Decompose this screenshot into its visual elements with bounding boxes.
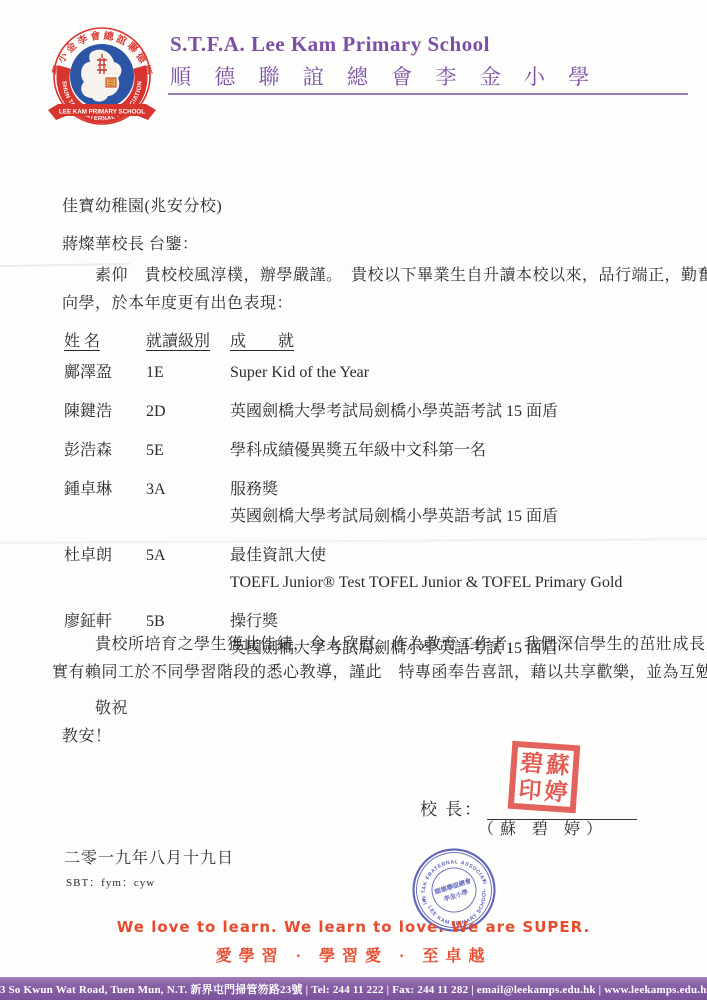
salutation-line: 蔣燦華校長 台鑒： bbox=[62, 231, 199, 254]
school-motto-chinese: 愛學習 · 學習愛 · 至卓越 bbox=[0, 943, 707, 966]
table-row: 鍾卓琳 3A 服務獎英國劍橋大學考試局劍橋小學英語考試 15 面盾 bbox=[64, 476, 664, 530]
student-achievements: 服務獎英國劍橋大學考試局劍橋小學英語考試 15 面盾 bbox=[230, 476, 664, 530]
achievement-line: TOEFL Junior® Test TOFEL Junior & TOFEL … bbox=[230, 569, 664, 596]
student-achievements: Super Kid of the Year bbox=[230, 359, 664, 386]
achievement-table-body: 鄺澤盈 1E Super Kid of the Year 陳鍵浩 2D 英國劍橋… bbox=[64, 359, 664, 662]
closing-paragraph-line2: 實有賴同工於不同學習階段的悉心教導，謹此 特專函奉告喜訊，藉以共享歡樂，並為互勉… bbox=[52, 659, 707, 682]
achievement-line: 英國劍橋大學考試局劍橋小學英語考試 15 面盾 bbox=[230, 398, 664, 425]
achievement-line: 英國劍橋大學考試局劍橋小學英語考試 15 面盾 bbox=[230, 503, 664, 530]
seal-character: 碧 bbox=[518, 749, 546, 778]
student-name: 陳鍵浩 bbox=[64, 398, 146, 425]
student-name: 鍾卓琳 bbox=[64, 476, 146, 503]
achievement-line: Super Kid of the Year bbox=[230, 359, 664, 386]
school-crest-logo: 學 小 金 李 會 總 誼 聯 德 順 SHUN TAK FRATERNAL A… bbox=[42, 24, 162, 142]
achievement-line: 最佳資訊大使 bbox=[230, 542, 664, 569]
school-crest-icon: 學 小 金 李 會 總 誼 聯 德 順 SHUN TAK FRATERNAL A… bbox=[42, 24, 162, 142]
student-name: 杜卓朗 bbox=[64, 542, 146, 569]
intro-paragraph-line1: 素仰 貴校校風淳樸，辦學嚴謹。 貴校以下畢業生自升讀本校以來，品行端正，勤奮 bbox=[95, 262, 707, 285]
reference-initials: SBT：fym：cyw bbox=[66, 874, 155, 890]
student-achievements: 英國劍橋大學考試局劍橋小學英語考試 15 面盾 bbox=[230, 398, 664, 425]
student-class: 1E bbox=[146, 359, 230, 386]
student-class: 5A bbox=[146, 542, 230, 569]
achievement-table-header: 姓 名 就讀級別 成 就 bbox=[64, 328, 664, 351]
letter-date: 二零一九年八月十九日 bbox=[64, 845, 234, 868]
student-class: 5E bbox=[146, 437, 230, 464]
column-header-class: 就讀級別 bbox=[146, 328, 230, 351]
header-divider-rule bbox=[168, 93, 688, 95]
seal-character: 蘇 bbox=[544, 751, 572, 780]
student-class: 3A bbox=[146, 476, 230, 503]
closing-wish-line1: 敬祝 bbox=[95, 695, 128, 718]
table-row: 彭浩森 5E 學科成績優異獎五年級中文科第一名 bbox=[64, 437, 664, 464]
table-row: 陳鍵浩 2D 英國劍橋大學考試局劍橋小學英語考試 15 面盾 bbox=[64, 398, 664, 425]
achievement-table: 姓 名 就讀級別 成 就 鄺澤盈 1E Super Kid of the Yea… bbox=[64, 328, 664, 674]
footer-contact-text: 23 So Kwun Wat Road, Tuen Mun, N.T. 新界屯門… bbox=[0, 981, 707, 997]
table-row: 鄺澤盈 1E Super Kid of the Year bbox=[64, 359, 664, 386]
school-name-chinese: 順 德 聯 誼 總 會 李 金 小 學 bbox=[170, 61, 690, 91]
student-class: 2D bbox=[146, 398, 230, 425]
closing-wish-line2: 教安！ bbox=[62, 723, 112, 746]
principal-label: 校 長： bbox=[420, 795, 483, 820]
achievement-line: 學科成績優異獎五年級中文科第一名 bbox=[230, 437, 664, 464]
letterhead-titles: S.T.F.A. Lee Kam Primary School 順 德 聯 誼 … bbox=[170, 32, 690, 91]
principal-name: （蘇 碧 婷） bbox=[478, 816, 608, 839]
student-achievements: 最佳資訊大使TOEFL Junior® Test TOFEL Junior & … bbox=[230, 542, 664, 596]
closing-paragraph-line1: 貴校所培育之學生獲此佳績，令人欣慰。作為教育工作者，我們深信學生的茁壯成長， bbox=[95, 631, 707, 654]
logo-ribbon-text: LEE KAM PRIMARY SCHOOL bbox=[59, 109, 145, 116]
school-motto-english: We love to learn. We learn to love. We a… bbox=[0, 918, 707, 936]
recipient-organisation: 佳寶幼稚園(兆安分校) bbox=[62, 193, 222, 216]
column-header-name: 姓 名 bbox=[64, 328, 146, 351]
student-name: 彭浩森 bbox=[64, 437, 146, 464]
student-achievements: 學科成績優異獎五年級中文科第一名 bbox=[230, 437, 664, 464]
student-name: 鄺澤盈 bbox=[64, 359, 146, 386]
school-name-english: S.T.F.A. Lee Kam Primary School bbox=[170, 32, 690, 57]
achievement-line: 服務獎 bbox=[230, 476, 664, 503]
intro-paragraph-line2: 向學，於本年度更有出色表現： bbox=[62, 290, 293, 313]
table-row: 杜卓朗 5A 最佳資訊大使TOEFL Junior® Test TOFEL Ju… bbox=[64, 542, 664, 596]
footer-contact-bar: 23 So Kwun Wat Road, Tuen Mun, N.T. 新界屯門… bbox=[0, 977, 707, 1000]
scanned-letter-page: 學 小 金 李 會 總 誼 聯 德 順 SHUN TAK FRATERNAL A… bbox=[0, 0, 707, 1000]
column-header-achievement: 成 就 bbox=[230, 328, 664, 351]
